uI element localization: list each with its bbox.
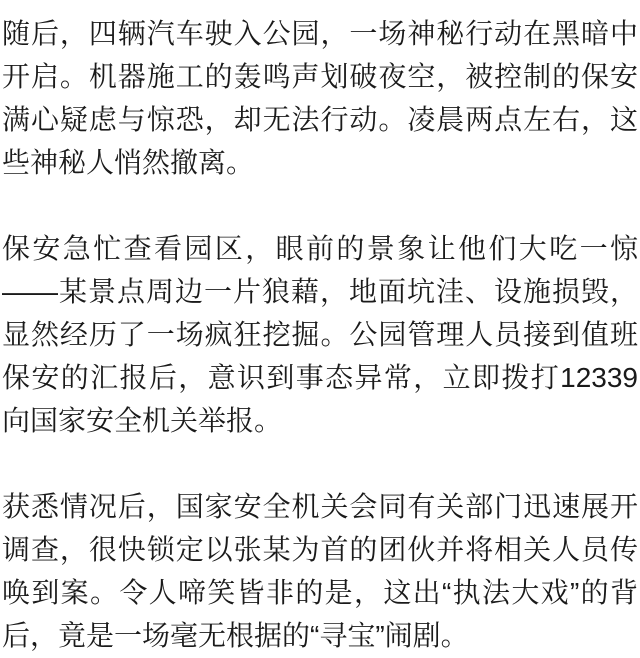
article-text-body: 随后，四辆汽车驶入公园，一场神秘行动在黑暗中开启。机器施工的轰鸣声划破夜空，被控…	[0, 0, 640, 657]
paragraph-2: 保安急忙查看园区，眼前的景象让他们大吃一惊——某景点周边一片狼藉，地面坑洼、设施…	[2, 227, 638, 442]
paragraph-1: 随后，四辆汽车驶入公园，一场神秘行动在黑暗中开启。机器施工的轰鸣声划破夜空，被控…	[2, 12, 638, 184]
paragraph-3: 获悉情况后，国家安全机关会同有关部门迅速展开调查，很快锁定以张某为首的团伙并将相…	[2, 485, 638, 657]
